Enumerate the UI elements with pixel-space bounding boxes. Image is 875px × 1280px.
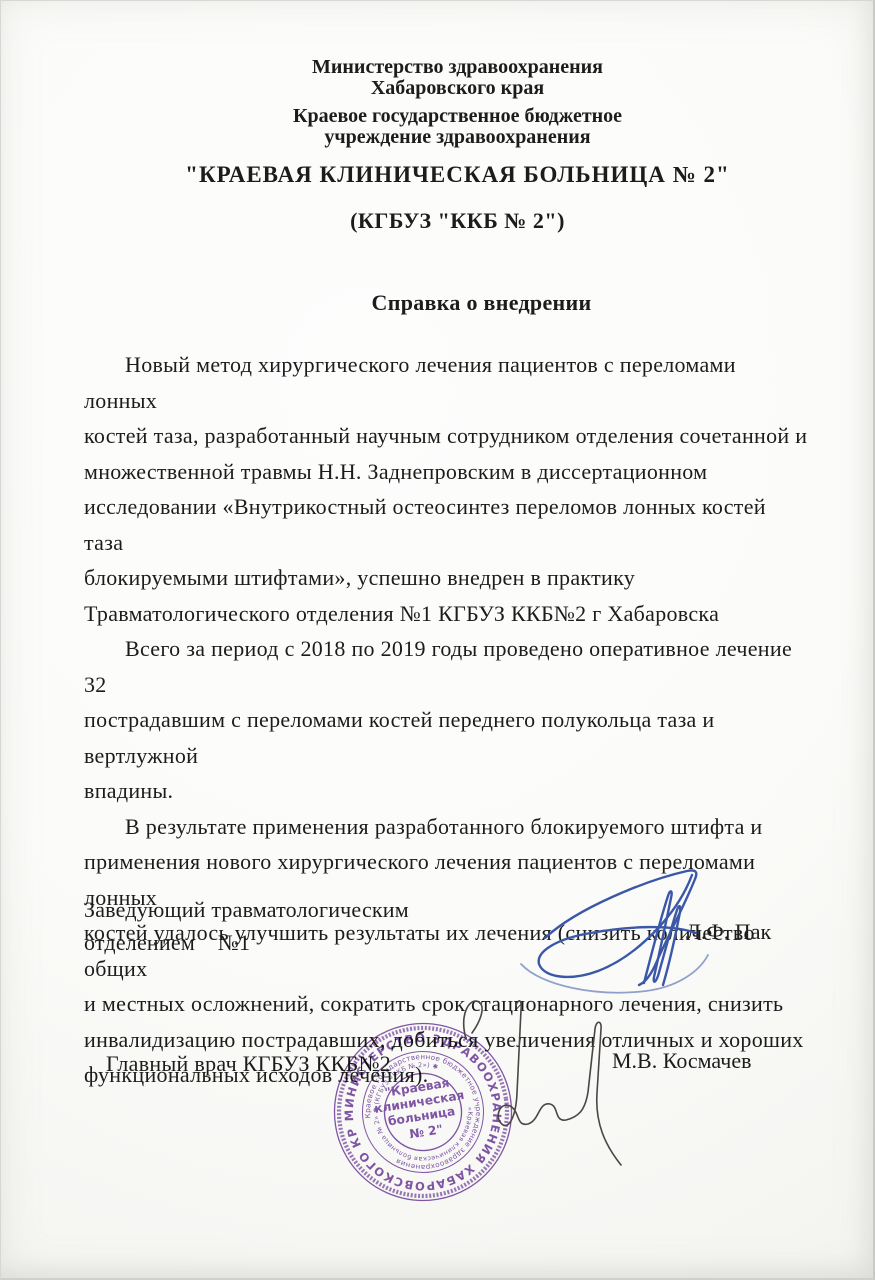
- pak-signature-strokes: [521, 870, 708, 992]
- kosmachev-signature-strokes: [464, 1001, 621, 1165]
- signature-stroke: [464, 1001, 482, 1039]
- document-title: Справка о внедрении: [44, 290, 875, 316]
- pak-signature-ink: [505, 860, 720, 1010]
- hospital-abbreviation: (КГБУЗ "ККБ № 2"): [20, 208, 875, 234]
- document-page: Министерство здравоохранения Хабаровског…: [0, 0, 875, 1280]
- ministry-name: Министерство здравоохранения Хабаровског…: [20, 57, 875, 99]
- kosmachev-signature-ink: [455, 993, 645, 1173]
- signature-stroke: [498, 1001, 621, 1165]
- position-head-of-trauma-department: Заведующий травматологическим отделением…: [84, 893, 409, 959]
- letterhead: Министерство здравоохранения Хабаровског…: [20, 57, 875, 234]
- paragraph-method-introduction: Новый метод хирургического лечения пацие…: [84, 347, 810, 631]
- organization-type: Краевое государственное бюджетное учрежд…: [20, 106, 875, 148]
- hospital-name: "КРАЕВАЯ КЛИНИЧЕСКАЯ БОЛЬНИЦА № 2": [20, 162, 875, 188]
- paragraph-treatment-statistics: Всего за период с 2018 по 2019 годы пров…: [84, 631, 810, 809]
